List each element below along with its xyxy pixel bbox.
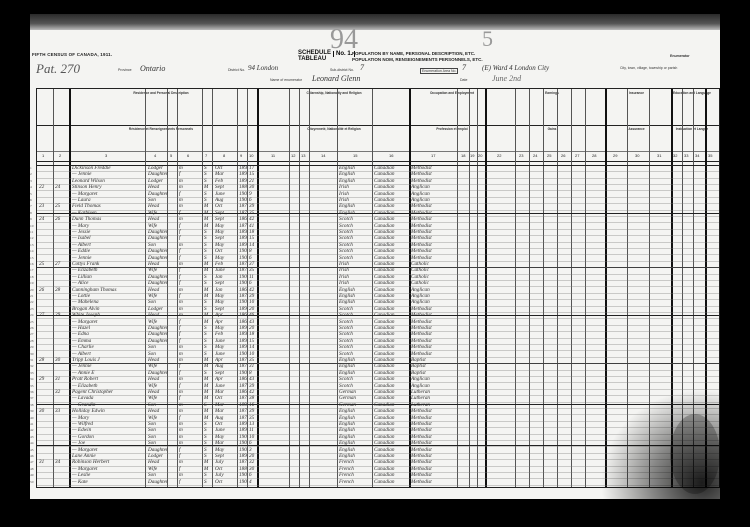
col-num-29: 29	[613, 153, 617, 158]
col-num-12: 12	[291, 153, 295, 158]
district-value: 94 London	[248, 64, 278, 72]
section-earnings-fr: Gains	[497, 127, 607, 131]
section-residence: Residence and Personal Description	[71, 91, 251, 95]
table-header: Residence and Personal Description Résid…	[37, 89, 719, 162]
subdistrict-label: Sub-district No.	[330, 68, 354, 72]
col-num-4: 4	[154, 153, 156, 158]
census-title: FIFTH CENSUS OF CANADA, 1911.	[32, 52, 112, 57]
province-value: Ontario	[140, 64, 165, 73]
col-num-32: 32	[673, 153, 677, 158]
section-insurance: Insurance	[609, 91, 664, 95]
col-num-23: 23	[519, 153, 523, 158]
col-num-10: 10	[249, 153, 253, 158]
subdistrict-value: 7	[360, 63, 364, 72]
col-num-1: 1	[42, 153, 44, 158]
col-num-19: 19	[470, 153, 474, 158]
city-label: City, town, village, township or parish	[620, 66, 700, 70]
col-num-11: 11	[271, 153, 275, 158]
population-en: POPULATION BY NAME, PERSONAL DESCRIPTION…	[352, 51, 475, 56]
page-stamp: Pat. 270	[36, 61, 80, 77]
enumeration-area-value: 7	[462, 63, 466, 72]
col-num-5: 5	[170, 153, 172, 158]
census-table: Residence and Personal Description Résid…	[36, 88, 720, 488]
enumeration-area-label: Enumeration Area No.	[420, 68, 458, 74]
col-num-9: 9	[240, 153, 242, 158]
district-label: District No.	[228, 68, 245, 72]
col-num-20: 20	[478, 153, 482, 158]
col-num-26: 26	[561, 153, 565, 158]
col-num-27: 27	[575, 153, 579, 158]
col-num-18: 18	[461, 153, 465, 158]
scan-edge	[30, 14, 720, 30]
census-rows: 1Dickinson FreddieLodgermSOct189317Engli…	[37, 165, 719, 487]
section-residence-fr: Résidence et Renseignements Personnels	[71, 127, 251, 131]
col-num-8: 8	[223, 153, 225, 158]
section-education: Education and Language	[665, 91, 719, 95]
col-num-15: 15	[353, 153, 357, 158]
section-education-fr: Instruction et Langue	[665, 127, 719, 131]
col-num-28: 28	[592, 153, 596, 158]
col-num-17: 17	[431, 153, 435, 158]
section-occupation-fr: Profession et emploi	[412, 127, 492, 131]
date-label: Date	[460, 78, 467, 82]
right-header: Enumerator	[670, 54, 690, 58]
section-earnings: Earnings	[497, 91, 607, 95]
date-value: June 2nd	[492, 74, 521, 83]
enumerator-value: Leonard Glenn	[312, 74, 360, 83]
col-num-33: 33	[684, 153, 688, 158]
table-row: 50— KateDaughterfSOct19064FrenchCanadian…	[37, 479, 719, 486]
col-num-16: 16	[389, 153, 393, 158]
col-num-25: 25	[547, 153, 551, 158]
province-label: Province	[118, 68, 132, 72]
col-num-22: 22	[497, 153, 501, 158]
section-citizenship: Citizenship, Nationality and Religion	[259, 91, 409, 95]
census-page: FIFTH CENSUS OF CANADA, 1911. Pat. 270 P…	[30, 14, 720, 499]
col-num-3: 3	[105, 153, 107, 158]
section-insurance-fr: Assurance	[609, 127, 664, 131]
col-num-35: 35	[708, 153, 712, 158]
section-occupation: Occupation and Employment	[412, 91, 492, 95]
section-citizenship-fr: Citoyenneté, Nationalité et Religion	[259, 127, 409, 131]
col-num-14: 14	[321, 153, 325, 158]
col-num-2: 2	[59, 153, 61, 158]
col-num-31: 31	[657, 153, 661, 158]
col-num-34: 34	[695, 153, 699, 158]
col-num-7: 7	[205, 153, 207, 158]
col-num-30: 30	[635, 153, 639, 158]
col-num-13: 13	[301, 153, 305, 158]
col-num-24: 24	[533, 153, 537, 158]
ward-value: (E) Ward 4 London City	[482, 64, 549, 72]
pencil-mark-5: 5	[482, 26, 493, 52]
tableau-label: TABLEAU	[298, 56, 331, 62]
enumerator-label: Name of enumerator	[270, 78, 302, 82]
col-num-6: 6	[187, 153, 189, 158]
population-fr: POPULATION NOM, RENSEIGNEMENTS PERSONNEL…	[352, 57, 483, 62]
schedule-heading: SCHEDULE TABLEAU	[298, 50, 331, 62]
